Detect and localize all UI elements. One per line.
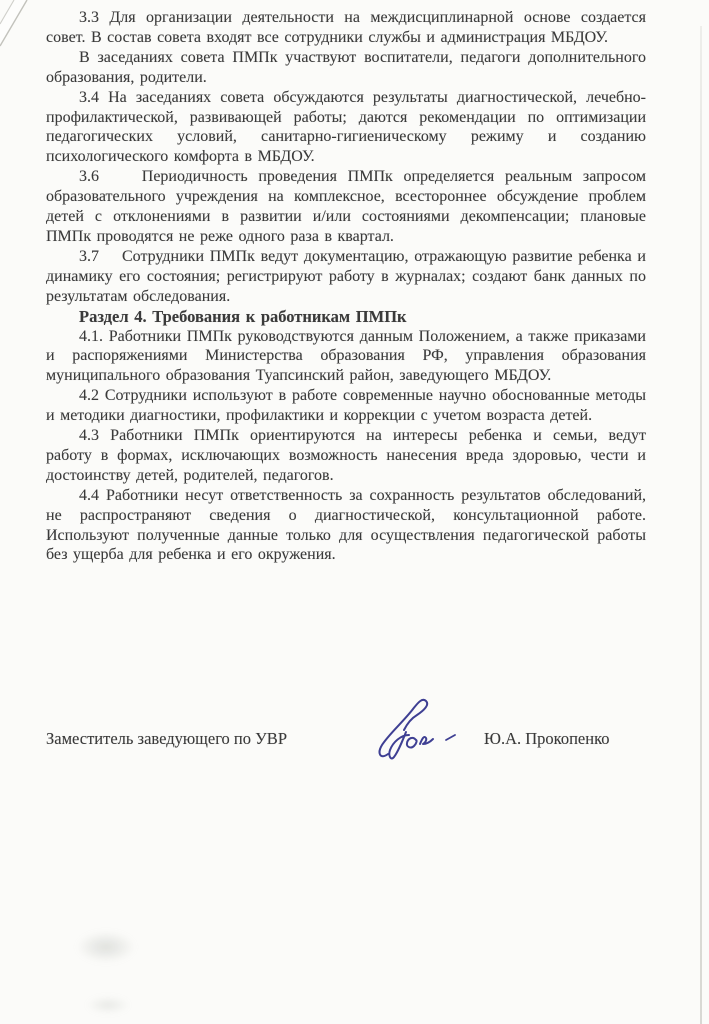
handwritten-signature-icon (376, 694, 480, 764)
ink-bleed-smudge (76, 931, 136, 963)
paragraph-3-3: 3.3 Для организации деятельности на межд… (46, 8, 646, 48)
paragraph-council-sessions: В заседаниях совета ПМПк участвуют воспи… (46, 48, 646, 88)
paragraph-4-2: 4.2 Сотрудники используют в работе совре… (46, 386, 646, 426)
signatory-title: Заместитель заведующего по УВР (46, 729, 287, 749)
paragraph-3-6: 3.6 Периодичность проведения ПМПк опреде… (46, 167, 646, 247)
paragraph-4-3: 4.3 Работники ПМПк ориентируются на инте… (46, 426, 646, 486)
paragraph-4-1: 4.1. Работники ПМПк руководствуются данн… (46, 327, 646, 387)
document-text-body: 3.3 Для организации деятельности на межд… (46, 8, 646, 565)
ink-bleed-smudge (86, 996, 130, 1014)
paragraph-3-7: 3.7 Сотрудники ПМПк ведут документацию, … (46, 247, 646, 307)
paragraph-4-4: 4.4 Работники несут ответственность за с… (46, 486, 646, 566)
signatory-name: Ю.А. Прокопенко (484, 729, 610, 749)
paragraph-3-4: 3.4 На заседаниях совета обсуждаются рез… (46, 88, 646, 168)
section-4-heading: Раздел 4. Требования к работникам ПМПк (46, 307, 646, 327)
scanned-document-page: 3.3 Для организации деятельности на межд… (0, 0, 709, 1024)
scan-edge-shadow (700, 26, 702, 1024)
